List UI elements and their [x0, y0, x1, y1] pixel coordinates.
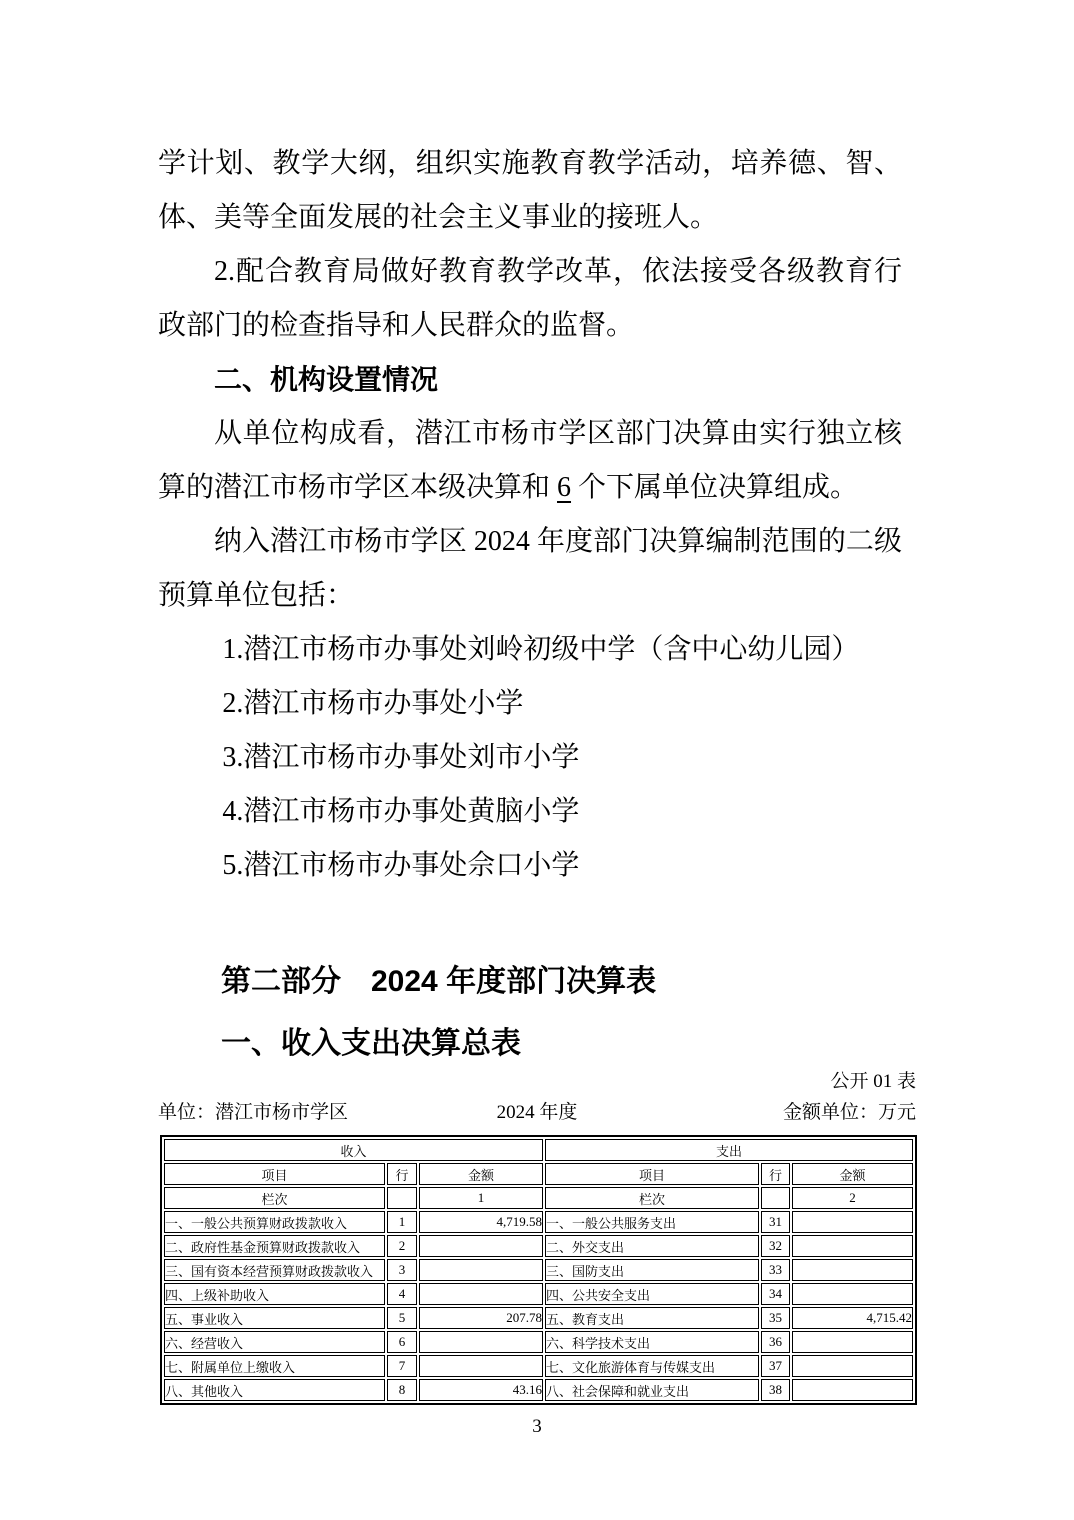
table-row: 栏次 1 栏次 2 — [164, 1187, 913, 1209]
table-section-title: 一、收入支出决算总表 — [158, 1019, 916, 1069]
expense-row-num: 32 — [761, 1235, 790, 1257]
income-amount — [419, 1235, 543, 1257]
expense-item: 七、文化旅游体育与传媒支出 — [545, 1355, 759, 1377]
income-header-cell: 收入 — [164, 1139, 543, 1161]
reporting-unit-label: 单位：潜江市杨市学区 — [158, 1100, 348, 1126]
income-row-num: 7 — [387, 1355, 417, 1377]
income-row-num: 6 — [387, 1331, 417, 1353]
income-row-num: 2 — [387, 1235, 417, 1257]
list-item: 5.潜江市杨市办事处佘口小学 — [158, 839, 916, 893]
lanci-label-cell: 栏次 — [164, 1187, 385, 1209]
income-amount: 207.78 — [419, 1307, 543, 1329]
income-item: 一、一般公共预算财政拨款收入 — [164, 1211, 385, 1233]
income-row-num: 3 — [387, 1259, 417, 1281]
expense-amount — [792, 1283, 913, 1305]
income-item: 五、事业收入 — [164, 1307, 385, 1329]
expense-amount — [792, 1235, 913, 1257]
expense-item: 三、国防支出 — [545, 1259, 759, 1281]
income-expense-summary-table: 收入 支出 项目 行 金额 项目 行 金额 栏次 1 栏次 2 一、一般公共预算… — [160, 1135, 917, 1405]
fiscal-year-label: 2024 年度 — [497, 1100, 578, 1126]
income-item: 八、其他收入 — [164, 1379, 385, 1401]
body-text: 学计划、教学大纲，组织实施教育教学活动，培养德、智、体、美等全面发展的社会主义事… — [158, 137, 916, 893]
table-row: 八、其他收入 8 43.16 八、社会保障和就业支出 38 — [164, 1379, 913, 1401]
expense-row-num: 31 — [761, 1211, 790, 1233]
expense-item: 五、教育支出 — [545, 1307, 759, 1329]
expense-row-num: 33 — [761, 1259, 790, 1281]
expense-row-num: 35 — [761, 1307, 790, 1329]
expense-row-num: 34 — [761, 1283, 790, 1305]
income-amount — [419, 1259, 543, 1281]
document-page: 学计划、教学大纲，组织实施教育教学活动，培养德、智、体、美等全面发展的社会主义事… — [0, 0, 1074, 1520]
income-item: 三、国有资本经营预算财政拨款收入 — [164, 1259, 385, 1281]
expense-item: 六、科学技术支出 — [545, 1331, 759, 1353]
expense-amount — [792, 1379, 913, 1401]
income-item: 二、政府性基金预算财政拨款收入 — [164, 1235, 385, 1257]
income-amount: 43.16 — [419, 1379, 543, 1401]
expense-amount — [792, 1355, 913, 1377]
income-row-num: 1 — [387, 1211, 417, 1233]
expense-header-cell: 支出 — [545, 1139, 913, 1161]
table-tag: 公开 01 表 — [158, 1069, 916, 1095]
empty-cell — [761, 1187, 790, 1209]
col-header-row: 行 — [761, 1163, 790, 1185]
table-row: 三、国有资本经营预算财政拨款收入 3 三、国防支出 33 — [164, 1259, 913, 1281]
income-amount — [419, 1283, 543, 1305]
section-heading-org-setup: 二、机构设置情况 — [158, 353, 916, 407]
list-item: 2.潜江市杨市办事处小学 — [158, 677, 916, 731]
expense-row-num: 37 — [761, 1355, 790, 1377]
table-row: 收入 支出 — [164, 1139, 913, 1161]
expense-amount — [792, 1331, 913, 1353]
table-row: 五、事业收入 5 207.78 五、教育支出 35 4,715.42 — [164, 1307, 913, 1329]
expense-row-num: 36 — [761, 1331, 790, 1353]
paragraph-continuation: 学计划、教学大纲，组织实施教育教学活动，培养德、智、体、美等全面发展的社会主义事… — [158, 137, 902, 245]
income-row-num: 8 — [387, 1379, 417, 1401]
income-amount — [419, 1355, 543, 1377]
table-meta-line: 单位：潜江市杨市学区 2024 年度 金额单位：万元 — [158, 1100, 916, 1126]
income-amount — [419, 1331, 543, 1353]
list-item: 3.潜江市杨市办事处刘市小学 — [158, 731, 916, 785]
list-item: 1.潜江市杨市办事处刘岭初级中学（含中心幼儿园） — [158, 623, 916, 677]
expense-item: 二、外交支出 — [545, 1235, 759, 1257]
paragraph-org-composition: 从单位构成看，潜江市杨市学区部门决算由实行独立核算的潜江市杨市学区本级决算和 6… — [158, 407, 902, 515]
income-item: 七、附属单位上缴收入 — [164, 1355, 385, 1377]
col-header-amount: 金额 — [792, 1163, 913, 1185]
income-amount: 4,719.58 — [419, 1211, 543, 1233]
table-row: 七、附属单位上缴收入 7 七、文化旅游体育与传媒支出 37 — [164, 1355, 913, 1377]
amount-unit-label: 金额单位：万元 — [783, 1100, 916, 1126]
expense-item: 八、社会保障和就业支出 — [545, 1379, 759, 1401]
list-item: 4.潜江市杨市办事处黄脑小学 — [158, 785, 916, 839]
subordinate-unit-count: 6 — [557, 472, 571, 503]
expense-amount — [792, 1211, 913, 1233]
table-row: 项目 行 金额 项目 行 金额 — [164, 1163, 913, 1185]
paragraph-included-units-intro: 纳入潜江市杨市学区 2024 年度部门决算编制范围的二级预算单位包括： — [158, 515, 902, 623]
col-header-item: 项目 — [164, 1163, 385, 1185]
table-row: 二、政府性基金预算财政拨款收入 2 二、外交支出 32 — [164, 1235, 913, 1257]
table-row: 六、经营收入 6 六、科学技术支出 36 — [164, 1331, 913, 1353]
paragraph-duty-2: 2.配合教育局做好教育教学改革，依法接受各级教育行政部门的检查指导和人民群众的监… — [158, 245, 902, 353]
income-item: 六、经营收入 — [164, 1331, 385, 1353]
income-row-num: 5 — [387, 1307, 417, 1329]
page-number: 3 — [158, 1416, 916, 1438]
expense-item: 一、一般公共服务支出 — [545, 1211, 759, 1233]
col-header-item: 项目 — [545, 1163, 759, 1185]
expense-amount: 4,715.42 — [792, 1307, 913, 1329]
expense-amount — [792, 1259, 913, 1281]
col-header-row: 行 — [387, 1163, 417, 1185]
expense-row-num: 38 — [761, 1379, 790, 1401]
lanci-label-cell: 栏次 — [545, 1187, 759, 1209]
income-row-num: 4 — [387, 1283, 417, 1305]
table-row: 一、一般公共预算财政拨款收入 1 4,719.58 一、一般公共服务支出 31 — [164, 1211, 913, 1233]
income-column-number: 1 — [419, 1187, 543, 1209]
table-row: 四、上级补助收入 4 四、公共安全支出 34 — [164, 1283, 913, 1305]
part2-heading: 第二部分 2024 年度部门决算表 — [158, 957, 916, 1007]
income-item: 四、上级补助收入 — [164, 1283, 385, 1305]
expense-column-number: 2 — [792, 1187, 913, 1209]
expense-item: 四、公共安全支出 — [545, 1283, 759, 1305]
empty-cell — [387, 1187, 417, 1209]
org-composition-after: 个下属单位决算组成。 — [571, 472, 858, 503]
col-header-amount: 金额 — [419, 1163, 543, 1185]
table-meta: 公开 01 表 单位：潜江市杨市学区 2024 年度 金额单位：万元 — [158, 1069, 916, 1126]
subordinate-unit-list: 1.潜江市杨市办事处刘岭初级中学（含中心幼儿园） 2.潜江市杨市办事处小学 3.… — [158, 623, 916, 893]
